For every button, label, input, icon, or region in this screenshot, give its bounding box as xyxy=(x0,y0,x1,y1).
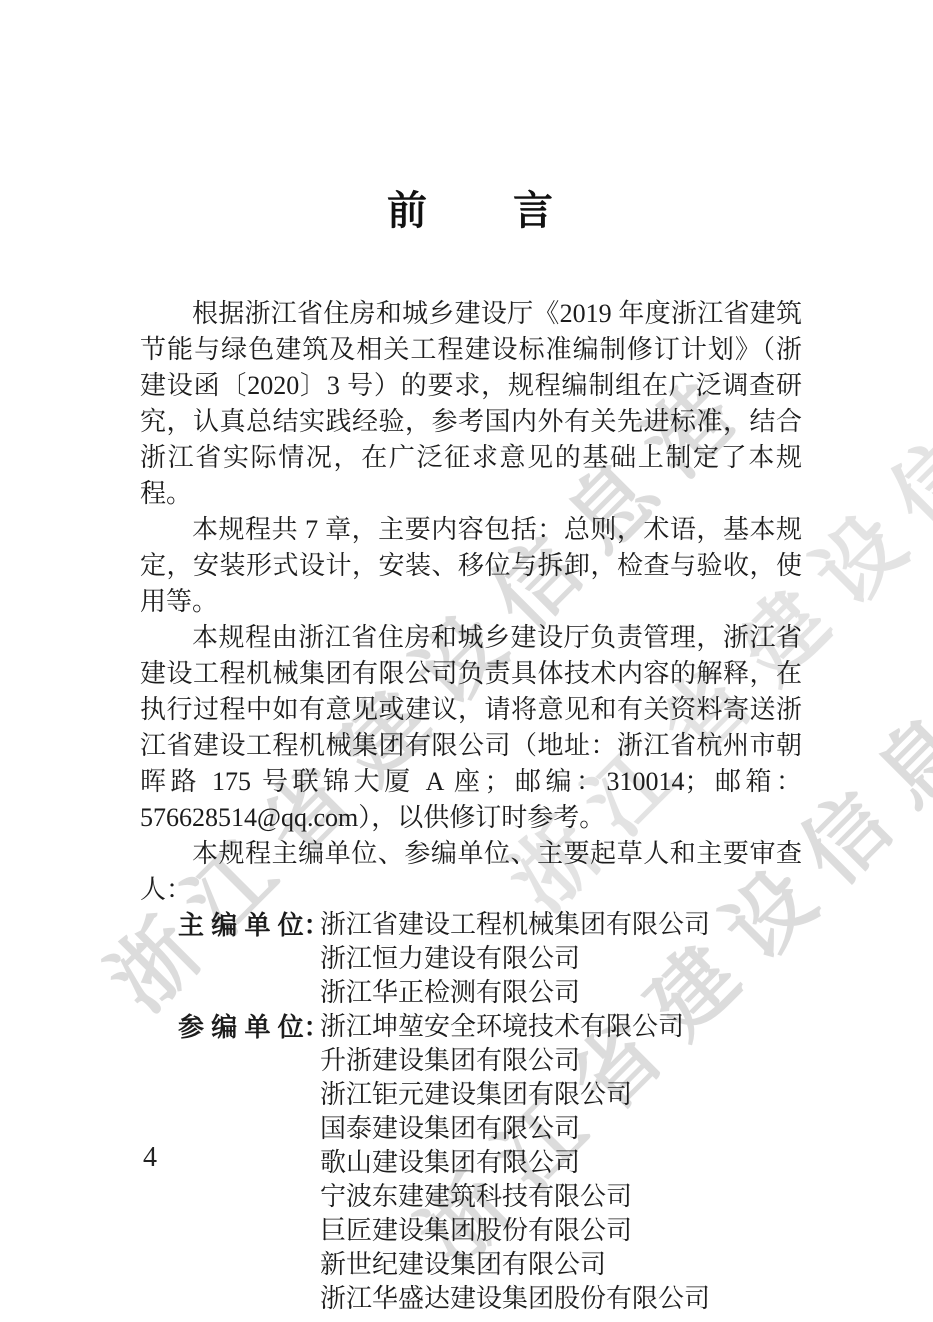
list-item: 巨匠建设集团股份有限公司 xyxy=(320,1214,802,1248)
paragraph-contents: 本规程共 7 章，主要内容包括：总则，术语，基本规定，安装形式设计，安装、移位与… xyxy=(140,512,802,620)
document-page: 浙江省建设信息港 浙江省建设信息港 浙江省建设信息港 前 言 根据浙江省住房和城… xyxy=(0,0,933,1322)
page-number: 4 xyxy=(143,1142,157,1174)
preface-body: 根据浙江省住房和城乡建设厅《2019 年度浙江省建筑节能与绿色建筑及相关工程建设… xyxy=(140,296,802,908)
list-item: 浙江坤堃安全环境技术有限公司 xyxy=(320,1010,802,1044)
list-item: 新世纪建设集团有限公司 xyxy=(320,1248,802,1282)
list-item: 浙江钜元建设集团有限公司 xyxy=(320,1078,802,1112)
list-item: 浙江省建设工程机械集团有限公司 xyxy=(320,908,802,942)
participant-editor-label: 参 编 单 位： xyxy=(140,1010,320,1044)
editor-units-section: 主 编 单 位： 浙江省建设工程机械集团有限公司 浙江恒力建设有限公司 浙江华正… xyxy=(140,908,802,1316)
list-item: 国泰建设集团有限公司 xyxy=(320,1112,802,1146)
page-title: 前 言 xyxy=(140,188,802,234)
paragraph-management: 本规程由浙江省住房和城乡建设厅负责管理，浙江省建设工程机械集团有限公司负责具体技… xyxy=(140,620,802,836)
participant-editor-list: 浙江坤堃安全环境技术有限公司 升浙建设集团有限公司 浙江钜元建设集团有限公司 国… xyxy=(320,1010,802,1316)
page-content: 前 言 根据浙江省住房和城乡建设厅《2019 年度浙江省建筑节能与绿色建筑及相关… xyxy=(140,0,802,1316)
list-item: 升浙建设集团有限公司 xyxy=(320,1044,802,1078)
paragraph-units-intro: 本规程主编单位、参编单位、主要起草人和主要审查人： xyxy=(140,836,802,908)
list-item: 浙江华盛达建设集团股份有限公司 xyxy=(320,1282,802,1316)
list-item: 浙江恒力建设有限公司 xyxy=(320,942,802,976)
chief-editor-label: 主 编 单 位： xyxy=(140,908,320,942)
paragraph-basis: 根据浙江省住房和城乡建设厅《2019 年度浙江省建筑节能与绿色建筑及相关工程建设… xyxy=(140,296,802,512)
list-item: 宁波东建建筑科技有限公司 xyxy=(320,1180,802,1214)
list-item: 浙江华正检测有限公司 xyxy=(320,976,802,1010)
chief-editor-list: 浙江省建设工程机械集团有限公司 浙江恒力建设有限公司 浙江华正检测有限公司 xyxy=(320,908,802,1010)
list-item: 歌山建设集团有限公司 xyxy=(320,1146,802,1180)
participant-editor-row: 参 编 单 位： 浙江坤堃安全环境技术有限公司 升浙建设集团有限公司 浙江钜元建… xyxy=(140,1010,802,1316)
chief-editor-row: 主 编 单 位： 浙江省建设工程机械集团有限公司 浙江恒力建设有限公司 浙江华正… xyxy=(140,908,802,1010)
